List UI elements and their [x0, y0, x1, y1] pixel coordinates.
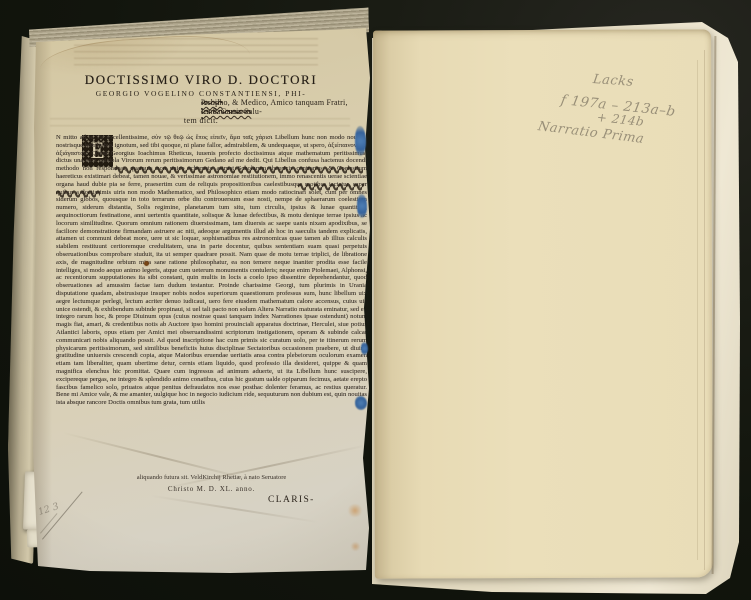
ink-strikeout-scribble [115, 165, 363, 175]
pencil-note-lacks: Lacks [592, 72, 635, 90]
colophon-line2: Christo M. D. XL. anno. [56, 485, 367, 493]
struck-name-part1: Achil- [201, 98, 223, 107]
pencil-slash [42, 492, 83, 540]
dedication-heading-line2: GEORGIO VOGELINO CONSTANTIENSI, PHI- [46, 89, 356, 98]
pencil-shelfmark: 12 3 [37, 501, 61, 518]
ink-strikeout-scribble [298, 182, 364, 191]
blue-edge-paint-mark [361, 342, 368, 355]
book-photograph: DOCTISSIMO VIRO D. DOCTORI GEORGIO VOGEL… [0, 0, 751, 600]
blue-edge-paint-mark [355, 396, 367, 410]
dedication-heading-line5: tem dicit. [46, 116, 356, 125]
title-dedication-page: DOCTISSIMO VIRO D. DOCTORI GEORGIO VOGEL… [30, 28, 372, 574]
page-edge-line [704, 50, 705, 570]
blue-edge-paint-mark [357, 194, 367, 218]
ink-strikeout-scribble [56, 189, 100, 198]
edge-stain [347, 504, 363, 517]
edge-stain [350, 542, 361, 551]
blue-edge-paint-mark [355, 126, 366, 156]
ink-blot [144, 261, 149, 266]
catchword: CLARIS- [268, 495, 315, 505]
dedication-heading-line1: DOCTISSIMO VIRO D. DOCTORI [46, 72, 356, 88]
heading-line4-text: Lindauensis Salu- [201, 107, 262, 116]
paper-crease [697, 60, 698, 560]
